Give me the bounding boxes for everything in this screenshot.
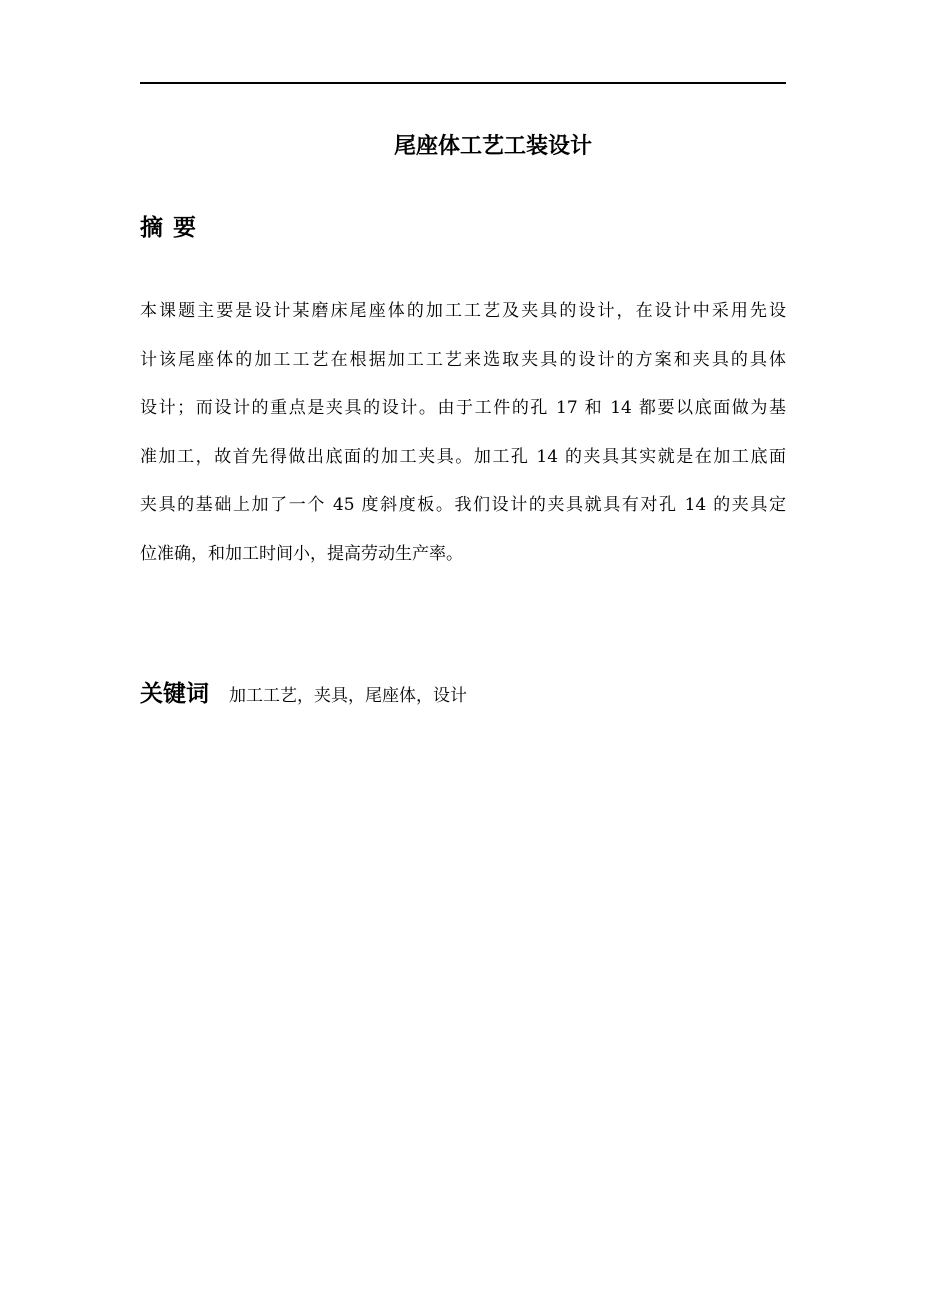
keywords-label: 关键词 [140, 678, 209, 710]
abstract-line: 计该尾座体的加工工艺在根据加工工艺来选取夹具的设计的方案和夹具的具体 [140, 345, 786, 394]
abstract-line: 设计；而设计的重点是夹具的设计。由于工件的孔 17 和 14 都要以底面做为基 [140, 393, 786, 442]
abstract-heading-char: 要 [173, 214, 196, 241]
abstract-line: 夹具的基础上加了一个 45 度斜度板。我们设计的夹具就具有对孔 14 的夹具定 [140, 490, 786, 539]
abstract-heading-char: 摘 [140, 214, 163, 241]
header-rule [140, 82, 786, 84]
keywords-row: 关键词 加工工艺，夹具，尾座体，设计 [140, 678, 467, 712]
abstract-line: 本课题主要是设计某磨床尾座体的加工工艺及夹具的设计，在设计中采用先设 [140, 296, 786, 345]
abstract-heading: 摘要 [140, 212, 196, 244]
keywords-text: 加工工艺，夹具，尾座体，设计 [229, 680, 467, 712]
abstract-line: 准加工，故首先得做出底面的加工夹具。加工孔 14 的夹具其实就是在加工底面 [140, 442, 786, 491]
abstract-line: 位准确，和加工时间小，提高劳动生产率。 [140, 539, 786, 588]
document-title: 尾座体工艺工装设计 [394, 131, 592, 161]
abstract-body: 本课题主要是设计某磨床尾座体的加工工艺及夹具的设计，在设计中采用先设 计该尾座体… [140, 296, 786, 588]
